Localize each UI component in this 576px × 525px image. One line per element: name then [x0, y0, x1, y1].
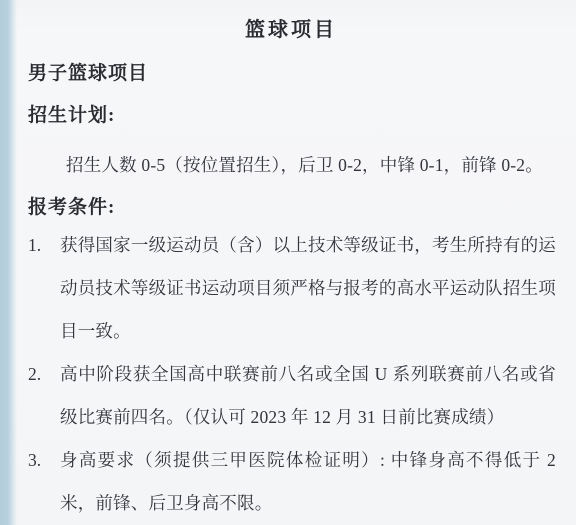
requirement-text: 获得国家一级运动员（含）以上技术等级证书，考生所持有的运动员技术等级证书运动项目…	[60, 224, 556, 353]
requirement-number: 3.	[28, 439, 60, 482]
requirement-item: 3. 身高要求（须提供三甲医院体检证明）: 中锋身高不得低于 2 米，前锋、后卫…	[28, 439, 554, 525]
document-page: { "page": { "background_color": "#f5f6f8…	[0, 0, 576, 525]
requirement-number: 2.	[28, 353, 60, 396]
enrollment-plan-text: 招生人数 0-5（按位置招生），后卫 0-2，中锋 0-1，前锋 0-2。	[28, 152, 554, 178]
requirements-list: 1. 获得国家一级运动员（含）以上技术等级证书，考生所持有的运动员技术等级证书运…	[28, 224, 554, 525]
requirements-heading: 报考条件:	[28, 195, 554, 221]
requirement-text: 高中阶段获全国高中联赛前八名或全国 U 系列联赛前八名或省级比赛前四名。（仅认可…	[60, 353, 556, 439]
document-content: 篮球项目 男子篮球项目 招生计划: 招生人数 0-5（按位置招生），后卫 0-2…	[0, 0, 576, 525]
document-title: 篮球项目	[28, 17, 554, 44]
requirement-item: 1. 获得国家一级运动员（含）以上技术等级证书，考生所持有的运动员技术等级证书运…	[28, 224, 554, 353]
enrollment-plan-heading: 招生计划:	[28, 103, 554, 129]
requirement-number: 1.	[28, 224, 60, 267]
program-heading: 男子篮球项目	[28, 61, 554, 87]
requirement-item: 2. 高中阶段获全国高中联赛前八名或全国 U 系列联赛前八名或省级比赛前四名。（…	[28, 353, 554, 439]
requirement-text: 身高要求（须提供三甲医院体检证明）: 中锋身高不得低于 2 米，前锋、后卫身高不…	[60, 439, 556, 525]
